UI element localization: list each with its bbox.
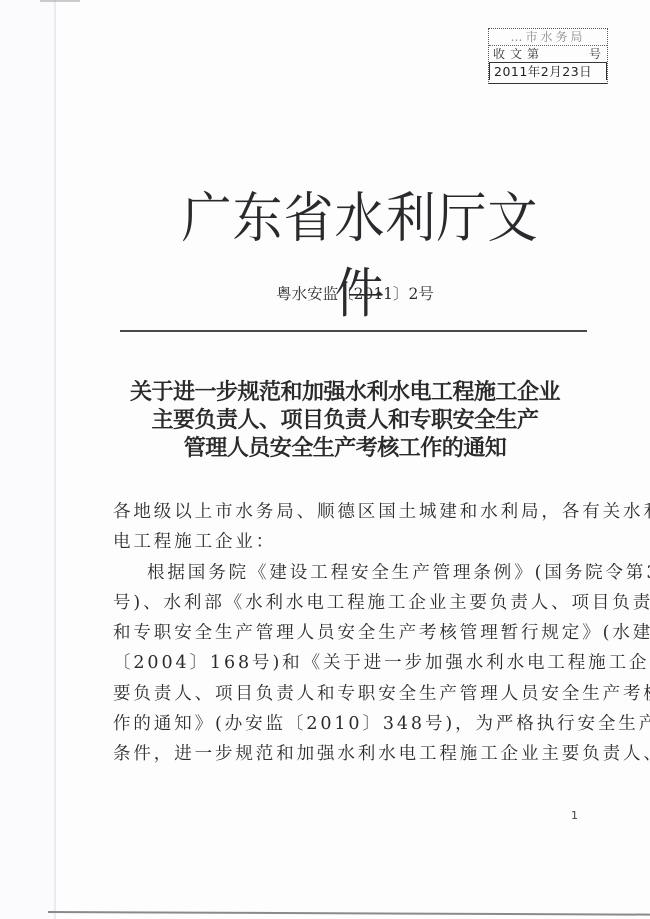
notice-heading: 关于进一步规范和加强水利水电工程施工企业 主要负责人、项目负责人和专职安全生产 …	[110, 378, 580, 462]
body-line: 作的通知》(办安监〔2010〕348号)，为严格执行安全生产准入	[113, 709, 583, 739]
stamp-agency: …市水务局	[489, 29, 607, 46]
stamp-receipt-label: 收文第	[493, 47, 544, 61]
body-line: 〔2004〕168号)和《关于进一步加强水利水电工程施工企业主	[113, 648, 583, 678]
notice-heading-line: 管理人员安全生产考核工作的通知	[110, 434, 580, 462]
addressee-line: 各地级以上市水务局、顺德区国土城建和水利局，各有关水利水	[113, 497, 583, 527]
stamp-date: 2011年2月23日	[489, 63, 607, 80]
body-line: 根据国务院《建设工程安全生产管理条例》(国务院令第393	[113, 558, 583, 588]
notice-heading-line: 关于进一步规范和加强水利水电工程施工企业	[110, 378, 580, 406]
body-line: 号)、水利部《水利水电工程施工企业主要负责人、项目负责人	[113, 588, 583, 618]
scan-bottom-edge	[48, 911, 650, 915]
notice-body: 各地级以上市水务局、顺德区国土城建和水利局，各有关水利水 电工程施工企业： 根据…	[113, 497, 583, 770]
body-line: 条件，进一步规范和加强水利水电工程施工企业主要负责人、项	[113, 739, 583, 769]
document-page: …市水务局 收文第 号 2011年2月23日 广东省水利厅文件 粤水安监〔201…	[0, 0, 650, 919]
header-divider	[120, 330, 587, 332]
addressee-line: 电工程施工企业：	[113, 527, 583, 557]
document-number: 粤水安监〔2011〕2号	[150, 283, 560, 305]
scan-top-shadow	[40, 0, 80, 2]
notice-heading-line: 主要负责人、项目负责人和专职安全生产	[110, 406, 580, 434]
body-line: 和专职安全生产管理人员安全生产考核管理暂行规定》(水建管	[113, 618, 583, 648]
scan-left-margin	[0, 0, 54, 919]
receipt-stamp: …市水务局 收文第 号 2011年2月23日	[488, 28, 608, 84]
body-line: 要负责人、项目负责人和专职安全生产管理人员安全生产考核工	[113, 679, 583, 709]
scan-binding-line	[54, 0, 56, 919]
stamp-receipt-suffix: 号	[589, 46, 601, 63]
page-number: 1	[571, 809, 578, 822]
stamp-receipt-number: 收文第 号	[489, 46, 607, 63]
document-title: 广东省水利厅文件	[160, 180, 560, 331]
